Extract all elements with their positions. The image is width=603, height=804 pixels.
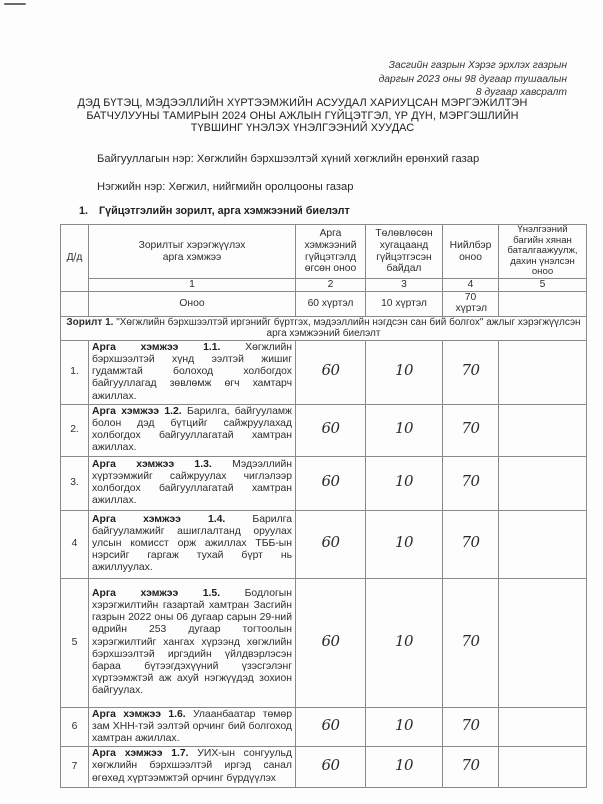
goal-row: Зорилт 1. "Хөгжлийн бэрхшээлтэй иргэнийг… (61, 316, 587, 340)
total-cell: 70 (443, 340, 499, 404)
column-number: 5 (499, 279, 587, 292)
row-index: 5 (61, 578, 89, 707)
table-row: 4 Арга хэмжээ 1.4. Барилга байгууламжийг… (61, 510, 587, 578)
table-row: 3. Арга хэмжээ 1.3. Мэдээллийн хүртээмжи… (61, 456, 587, 510)
table-row: 2. Арга хэмжээ 1.2. Барилга, байгууламж … (61, 404, 587, 456)
unit-name: Нэгжийн нэр: Хөгжил, нийгмийн оролцооны … (97, 181, 353, 193)
reviewed-cell (499, 340, 587, 404)
max-score-col4: 70 хүртэл (443, 291, 499, 316)
row-index: 7 (61, 747, 89, 788)
goal-cell: Зорилт 1. "Хөгжлийн бэрхшээлтэй иргэнийг… (61, 316, 587, 340)
header-index: Д/д (61, 225, 89, 292)
score-cell: 60 (296, 404, 366, 456)
goal-label: Зорилт 1. (66, 317, 113, 328)
scan-artifact (4, 3, 26, 5)
method-cell: Арга хэмжээ 1.5. Бодлогын хэрэгжилтийн г… (89, 578, 296, 707)
method-cell: Арга хэмжээ 1.6. Улаанбаатар төмөр зам Х… (89, 707, 296, 747)
column-number: 1 (89, 279, 296, 292)
method-cell: Арга хэмжээ 1.2. Барилга, байгууламж бол… (89, 404, 296, 456)
method-cell: Арга хэмжээ 1.3. Мэдээллийн хүртээмжийг … (89, 456, 296, 510)
annex-line: даргын 2023 оны 98 дугаар тушаалын (379, 73, 567, 87)
row-index: 6 (61, 707, 89, 747)
evaluation-table: Д/д Зорилтыг хэрэгжүүлэх арга хэмжээ Арг… (60, 224, 587, 788)
row-index: 1. (61, 340, 89, 404)
header-col5: Үнэлгээний багийн хянан баталгаажуулж, д… (499, 225, 587, 279)
table-row: 1. Арга хэмжээ 1.1. Хөгжлийн бэрхшээлтэй… (61, 340, 587, 404)
goal-text: "Хөгжлийн бэрхшээлтэй иргэнийг бүртгэх, … (113, 317, 580, 340)
reviewed-cell (499, 510, 587, 578)
annex-note: Засгийн газрын Хэрэг эрхлэх газрын даргы… (379, 59, 567, 100)
reviewed-cell (499, 456, 587, 510)
timeliness-cell: 10 (366, 707, 443, 747)
timeliness-cell: 10 (366, 340, 443, 404)
score-cell: 60 (296, 578, 366, 707)
title-line: ДЭД БҮТЭЦ, МЭДЭЭЛЛИЙН ХҮРТЭЭМЖИЙН АСУУДА… (30, 97, 575, 110)
column-number: 2 (296, 279, 366, 292)
empty-cell (61, 291, 89, 316)
header-col4: Нийлбэр оноо (443, 225, 499, 279)
section-title: Гүйцэтгэлийн зорилт, арга хэмжээний биел… (99, 205, 350, 217)
header-col3: Төлөвлөсөн хугацаанд гүйцэтгэсэн байдал (366, 225, 443, 279)
reviewed-cell (499, 404, 587, 456)
timeliness-cell: 10 (366, 747, 443, 788)
section-number: 1. (79, 205, 99, 217)
table-row: 6 Арга хэмжээ 1.6. Улаанбаатар төмөр зам… (61, 707, 587, 747)
total-cell: 70 (443, 510, 499, 578)
row-index: 3. (61, 456, 89, 510)
table-row: 7 Арга хэмжээ 1.7. УИХ-ын сонгуульд хөгж… (61, 747, 587, 788)
total-cell: 70 (443, 747, 499, 788)
max-score-col3: 10 хүртэл (366, 291, 443, 316)
score-cell: 60 (296, 340, 366, 404)
timeliness-cell: 10 (366, 456, 443, 510)
title-line: БАТЧУЛУУНЫ ТАМИРЫН 2024 ОНЫ АЖЛЫН ГҮЙЦЭТ… (30, 110, 575, 123)
method-cell: Арга хэмжээ 1.1. Хөгжлийн бэрхшээлтэй хү… (89, 340, 296, 404)
row-index: 2. (61, 404, 89, 456)
timeliness-cell: 10 (366, 404, 443, 456)
column-number-row: 1 2 3 4 5 (61, 279, 587, 292)
total-cell: 70 (443, 456, 499, 510)
reviewed-cell (499, 707, 587, 747)
header-method: Зорилтыг хэрэгжүүлэх арга хэмжээ (89, 225, 296, 279)
timeliness-cell: 10 (366, 510, 443, 578)
column-number: 4 (443, 279, 499, 292)
method-cell: Арга хэмжээ 1.7. УИХ-ын сонгуульд хөгжли… (89, 747, 296, 788)
section-heading: 1.Гүйцэтгэлийн зорилт, арга хэмжээний би… (79, 205, 350, 217)
max-score-label: Оноо (89, 291, 296, 316)
document-title: ДЭД БҮТЭЦ, МЭДЭЭЛЛИЙН ХҮРТЭЭМЖИЙН АСУУДА… (30, 97, 575, 135)
score-cell: 60 (296, 707, 366, 747)
method-cell: Арга хэмжээ 1.4. Барилга байгууламжийг а… (89, 510, 296, 578)
annex-line: Засгийн газрын Хэрэг эрхлэх газрын (379, 59, 567, 73)
max-score-col5 (499, 291, 587, 316)
column-number: 3 (366, 279, 443, 292)
header-col2: Арга хэмжээний гүйцэтгэлд өгсөн оноо (296, 225, 366, 279)
score-cell: 60 (296, 456, 366, 510)
score-cell: 60 (296, 510, 366, 578)
reviewed-cell (499, 578, 587, 707)
total-cell: 70 (443, 707, 499, 747)
row-index: 4 (61, 510, 89, 578)
max-score-row: Оноо 60 хүртэл 10 хүртэл 70 хүртэл (61, 291, 587, 316)
total-cell: 70 (443, 578, 499, 707)
table-row: 5 Арга хэмжээ 1.5. Бодлогын хэрэгжилтийн… (61, 578, 587, 707)
title-line: ТҮВШИНГ ҮНЭЛЭХ ҮНЭЛГЭЭНИЙ ХУУДАС (30, 122, 575, 135)
organization-name: Байгууллагын нэр: Хөгжлийн бэрхшээлтэй х… (97, 153, 479, 165)
score-cell: 60 (296, 747, 366, 788)
timeliness-cell: 10 (366, 578, 443, 707)
max-score-col2: 60 хүртэл (296, 291, 366, 316)
reviewed-cell (499, 747, 587, 788)
total-cell: 70 (443, 404, 499, 456)
header-row: Д/д Зорилтыг хэрэгжүүлэх арга хэмжээ Арг… (61, 225, 587, 279)
